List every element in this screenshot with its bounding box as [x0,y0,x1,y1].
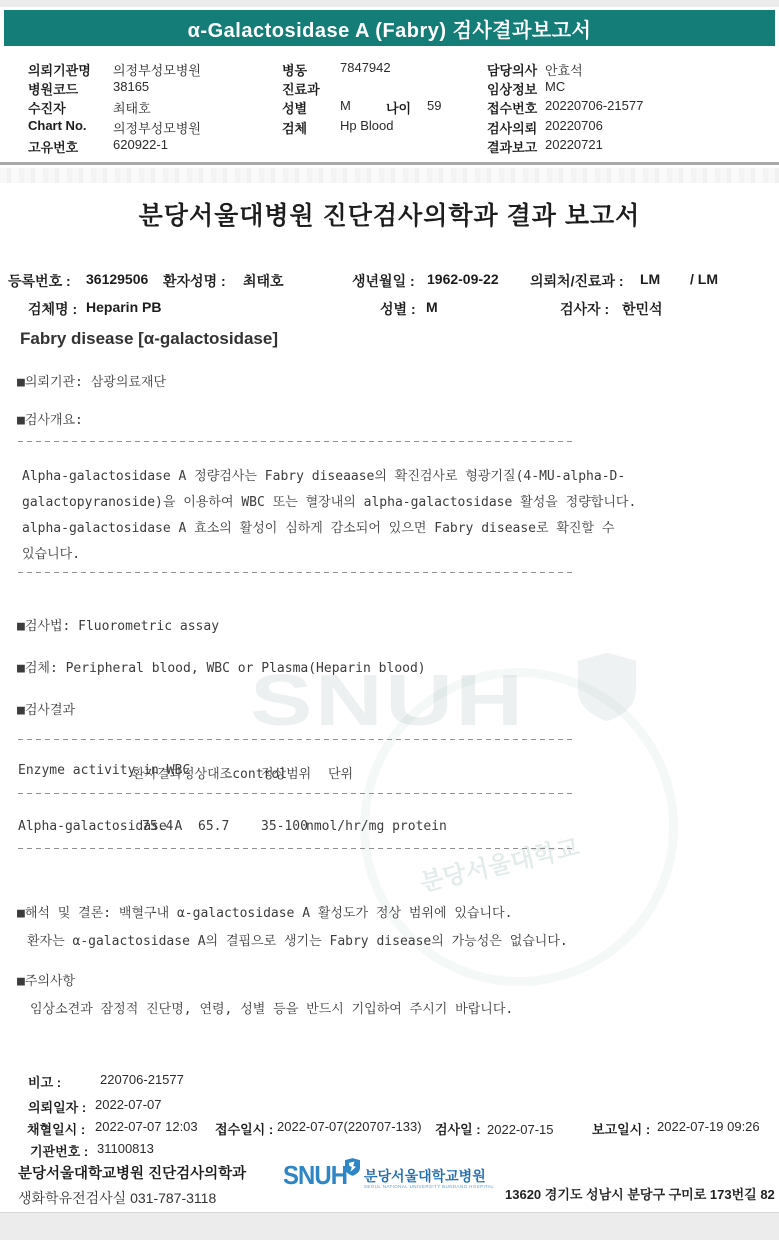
patient-birth-value: 1962-09-22 [427,271,499,287]
snuh-watermark-shield-icon [578,652,636,722]
field-value: Hp Blood [340,118,393,133]
table-cell-control: 65.7 [198,819,229,834]
table-header-cell: 정상범위 [261,763,311,782]
field-value: 620922-1 [113,137,168,152]
field-value: 안효석 [545,60,583,79]
report-header-bar: α-Galactosidase A (Fabry) 검사결과보고서 [4,10,775,46]
patient-dept-value: LM [640,271,660,287]
field-value: 38165 [113,79,149,94]
field-label: 진료과 [282,79,320,98]
patient-name-label: 환자성명 : [163,271,226,291]
interpretation-line: ■해석 및 결론: 백혈구내 α-galactosidase A 활성도가 정상… [17,902,512,921]
note-label: 비고 : [28,1072,61,1091]
overview-line: Alpha-galactosidase A 정량검사는 Fabry diseaa… [22,465,625,484]
field-label: 수진자 [28,98,66,117]
report-date-label: 보고일시 : [592,1119,650,1138]
caution-line: 임상소견과 잠정적 진단명, 연령, 성별 등을 반드시 기입하여 주시기 바랍… [30,998,513,1017]
patient-reg-label: 등록번호 : [8,271,71,291]
collection-value: 2022-07-07 12:03 [95,1119,198,1134]
dashed-divider [18,739,575,740]
patient-specimen-value: Heparin PB [86,299,161,315]
field-label: 나이 [386,98,411,117]
scan-bottom-edge [0,1212,779,1240]
patient-dept-value2: / LM [690,271,718,287]
test-date-value: 2022-07-15 [487,1122,554,1137]
field-label: 고유번호 [28,137,78,156]
field-value: 7847942 [340,60,391,75]
lab-contact-line: 생화학유전검사실 031-787-3118 [18,1188,216,1208]
overview-heading: ■검사개요: [17,409,83,428]
field-label: 담당의사 [487,60,537,79]
overview-line: galactopyranoside)을 이용하여 WBC 또는 혈장내의 alp… [22,491,636,510]
field-value: 59 [427,98,441,113]
patient-examiner-value: 한민석 [622,299,663,319]
table-header-cell: 환자결과 [132,763,182,782]
dashed-divider [18,441,575,442]
dashed-divider [18,572,575,573]
field-value: 20220706-21577 [545,98,643,113]
field-value: 20220706 [545,118,603,133]
patient-specimen-label: 검체명 : [28,299,77,319]
field-label: 검사의뢰 [487,118,537,137]
patient-reg-value: 36129506 [86,271,148,287]
lab-report-page: SNUH 분당서울대학교 α-Galactosidase A (Fabry) 검… [0,0,779,1240]
hospital-address: 13620 경기도 성남시 분당구 구미로 173번길 82 [505,1184,775,1203]
receipt-label: 접수일시 : [215,1119,273,1138]
field-label: Chart No. [28,118,87,133]
field-value: MC [545,79,565,94]
org-number-label: 기관번호 : [30,1141,88,1160]
caution-heading: ■주의사항 [17,970,75,989]
collection-label: 채혈일시 : [27,1119,85,1138]
specimen-line: ■검체: Peripheral blood, WBC or Plasma(Hep… [17,657,426,676]
field-value: 의정부성모병원 [113,60,201,79]
table-cell-range: 35-100 [261,819,308,834]
patient-examiner-label: 검사자 : [560,299,609,319]
patient-sex-label: 성별 : [380,299,416,319]
table-cell-patient-result: 75.4 [142,819,173,834]
page-title: 분당서울대병원 진단검사의학과 결과 보고서 [0,196,779,232]
receipt-value: 2022-07-07(220707-133) [277,1119,422,1134]
field-label: 검체 [282,118,307,137]
interpretation-line: 환자는 α-galactosidase A의 결핍으로 생기는 Fabry di… [27,930,568,949]
field-label: 임상정보 [487,79,537,98]
overview-line: 있습니다. [22,543,80,562]
org-number-value: 31100813 [97,1141,154,1156]
patient-name-value: 최태호 [243,271,284,291]
overview-line: alpha-galactosidase A 효소의 활성이 심하게 감소되어 있… [22,517,614,536]
snuh-logo-text: SNUH [283,1160,347,1191]
report-date-value: 2022-07-19 09:26 [657,1119,760,1134]
note-value: 220706-21577 [100,1072,184,1087]
patient-sex-value: M [426,299,438,315]
snuh-shield-icon [345,1158,360,1176]
hospital-name-kr: 분당서울대학교병원 [364,1166,486,1186]
test-date-label: 검사일 : [435,1119,481,1138]
patient-dept-label: 의뢰처/진료과 : [530,271,624,291]
field-label: 의뢰기관명 [28,60,91,79]
test-name-heading: Fabry disease [α-galactosidase] [20,329,278,349]
field-value: M [340,98,351,113]
report-header-title: α-Galactosidase A (Fabry) 검사결과보고서 [188,14,592,43]
field-value: 최태호 [113,98,151,117]
field-value: 의정부성모병원 [113,118,201,137]
department-line: 분당서울대학교병원 진단검사의학과 [18,1162,246,1183]
scan-artifact-band [0,168,779,183]
header-divider [0,162,779,165]
field-label: 병원코드 [28,79,78,98]
dashed-divider [18,793,575,794]
request-date-value: 2022-07-07 [95,1097,162,1112]
referral-line: ■의뢰기관: 삼광의료재단 [17,371,166,390]
request-date-label: 의뢰일자 : [28,1097,86,1116]
field-value: 20220721 [545,137,603,152]
field-label: 접수번호 [487,98,537,117]
patient-birth-label: 생년월일 : [352,271,415,291]
hospital-name-en: SEOUL NATIONAL UNIVERSITY BUNDANG HOSPIT… [364,1184,494,1189]
table-header-cell: 단위 [328,763,353,782]
method-line: ■검사법: Fluorometric assay [17,615,219,634]
table-cell-unit: nmol/hr/mg protein [306,819,447,834]
field-label: 성별 [282,98,307,117]
result-heading: ■검사결과 [17,699,75,718]
scan-top-edge [0,0,779,7]
dashed-divider [18,848,575,849]
field-label: 병동 [282,60,307,79]
seal-watermark-text: 분당서울대학교 [416,827,582,898]
field-label: 결과보고 [487,137,537,156]
